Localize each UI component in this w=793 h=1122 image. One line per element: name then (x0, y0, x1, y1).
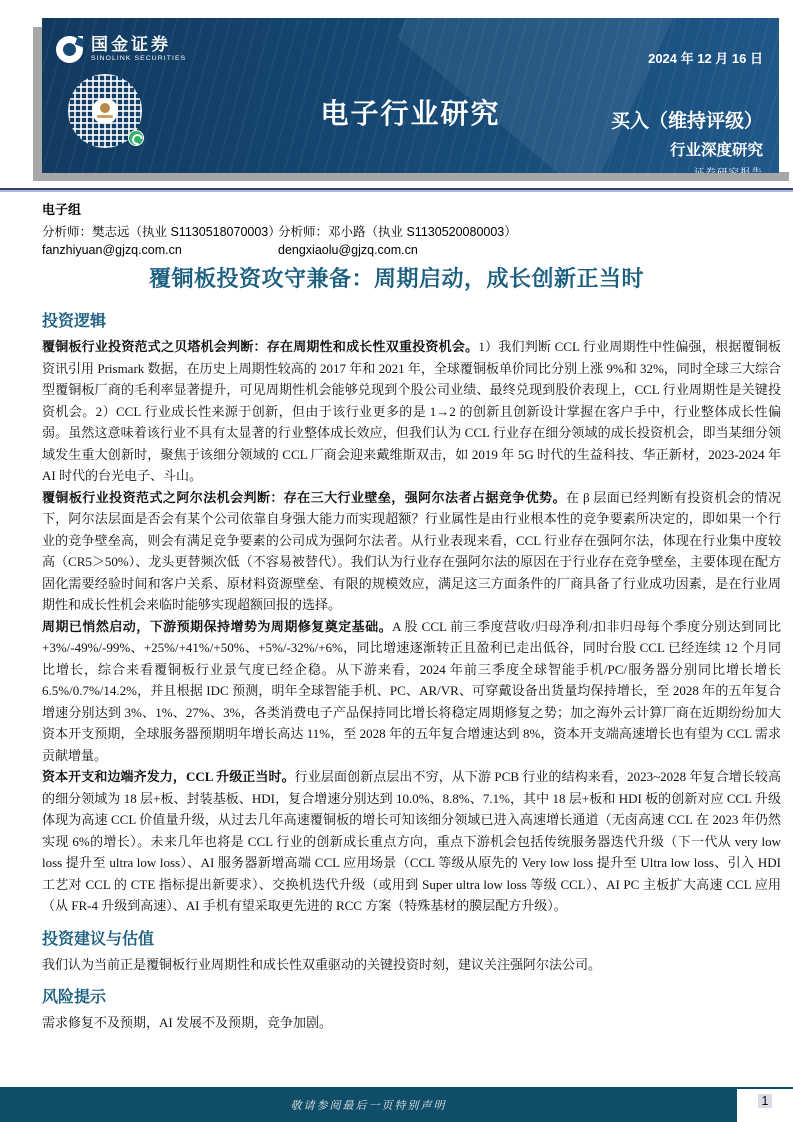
page-number-area: 1 (737, 1087, 793, 1122)
paragraph-lead: 资本开支和边端齐发力，CCL 升级正当时。 (42, 769, 295, 784)
paragraph-lead: 周期已悄然启动，下游预期保持增势为周期修复奠定基础。 (42, 619, 392, 634)
header-divider-rule (0, 188, 793, 192)
brand-name-en: SINOLINK SECURITIES (91, 56, 186, 63)
paragraph-lead: 覆铜板行业投资范式之阿尔法机会判断：存在三大行业壁垒，强阿尔法者占据竞争优势。 (42, 490, 566, 505)
paragraph-lead: 覆铜板行业投资范式之贝塔机会判断：存在周期性和成长性双重投资机会。 (42, 339, 478, 354)
analyst-1-title: 分析师：樊志远（执业 S1130518070003） (42, 222, 278, 240)
report-type-label: 行业深度研究 (611, 138, 763, 160)
report-header-banner: 国金证券 SINOLINK SECURITIES 电子行业研究 2024 年 1… (42, 18, 779, 173)
analyst-grid: 分析师：樊志远（执业 S1130518070003） 分析师：邓小路（执业 S1… (42, 222, 781, 257)
report-main-title: 覆铜板投资攻守兼备：周期启动，成长创新正当时 (0, 262, 793, 293)
report-page: 国金证券 SINOLINK SECURITIES 电子行业研究 2024 年 1… (0, 0, 793, 1122)
paragraph-alpha-judgement: 覆铜板行业投资范式之阿尔法机会判断：存在三大行业壁垒，强阿尔法者占据竞争优势。在… (42, 487, 781, 616)
report-date: 2024 年 12 月 16 日 (648, 48, 763, 67)
paragraph-cycle-start: 周期已悄然启动，下游预期保持增势为周期修复奠定基础。A 股 CCL 前三季度营收… (42, 616, 781, 767)
header-shadow-bottom (33, 172, 789, 181)
analyst-2-email: dengxiaolu@gjzq.com.cn (278, 243, 781, 257)
brand-text: 国金证券 SINOLINK SECURITIES (91, 36, 186, 63)
page-number: 1 (758, 1094, 773, 1108)
paragraph-beta-judgement: 覆铜板行业投资范式之贝塔机会判断：存在周期性和成长性双重投资机会。1）我们判断 … (42, 336, 781, 487)
footer-disclaimer: 敬请参阅最后一页特别声明 (291, 1097, 447, 1113)
wechat-channel-icon (128, 130, 144, 146)
paragraph-advice: 我们认为当前正是覆铜板行业周期性和成长性双重驱动的关键投资时刻，建议关注强阿尔法… (42, 954, 781, 976)
section-heading-risk: 风险提示 (42, 984, 781, 1007)
analyst-group-name: 电子组 (42, 199, 781, 218)
paragraph-text: 在 β 层面已经判断有投资机会的情况下，阿尔法层面是否会有某个公司依靠自身强大能… (42, 490, 781, 613)
sinolink-logo-icon (56, 36, 83, 63)
paragraph-risk: 需求修复不及预期，AI 发展不及预期，竞争加剧。 (42, 1012, 781, 1034)
report-body: 投资逻辑 覆铜板行业投资范式之贝塔机会判断：存在周期性和成长性双重投资机会。1）… (42, 308, 781, 1034)
analyst-2-title: 分析师：邓小路（执业 S1130520080003） (278, 222, 781, 240)
paragraph-text: 1）我们判断 CCL 行业周期性中性偏强，根据覆铜板资讯引用 Prismark … (42, 339, 781, 483)
rating-label: 买入（维持评级） (611, 106, 763, 133)
section-heading-advice: 投资建议与估值 (42, 926, 781, 949)
footer-bar: 敬请参阅最后一页特别声明 (0, 1087, 737, 1122)
paragraph-capex-upgrade: 资本开支和边端齐发力，CCL 升级正当时。行业层面创新点层出不穷，从下游 PCB… (42, 766, 781, 917)
report-tag-label: 证券研究报告 (611, 165, 763, 173)
brand-logo: 国金证券 SINOLINK SECURITIES (56, 36, 186, 63)
header-shadow-left (33, 27, 42, 180)
brand-name-cn: 国金证券 (91, 36, 186, 53)
section-heading-investment-logic: 投资逻辑 (42, 308, 781, 331)
analyst-1-email: fanzhiyuan@gjzq.com.cn (42, 243, 278, 257)
analyst-block: 电子组 分析师：樊志远（执业 S1130518070003） 分析师：邓小路（执… (42, 199, 781, 257)
rating-block: 买入（维持评级） 行业深度研究 证券研究报告 (611, 106, 763, 173)
paragraph-text: A 股 CCL 前三季度营收/归母净利/扣非归母每个季度分别达到同比+3%/-4… (42, 619, 781, 763)
paragraph-text: 行业层面创新点层出不穷，从下游 PCB 行业的结构来看，2023~2028 年复… (42, 769, 781, 913)
